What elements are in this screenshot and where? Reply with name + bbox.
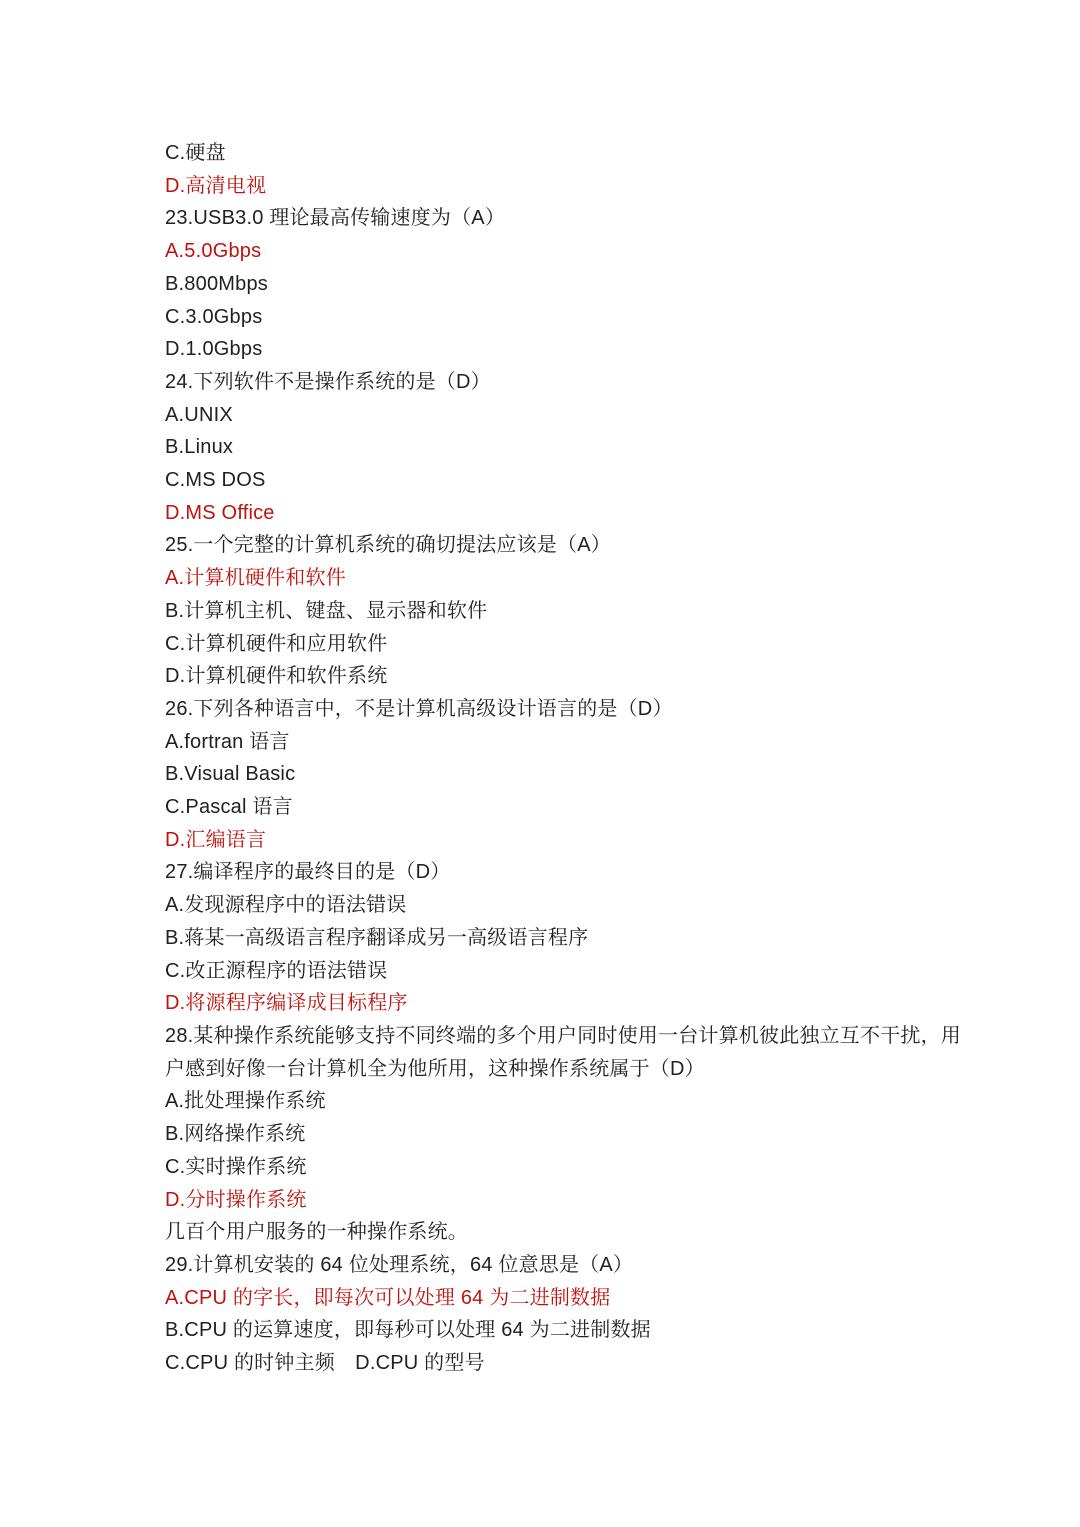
text-line: 23.USB3.0 理论最高传输速度为（A） xyxy=(165,202,1050,235)
text-line: B.800Mbps xyxy=(165,268,1050,301)
text-line: 户感到好像一台计算机全为他所用，这种操作系统属于（D） xyxy=(165,1053,1050,1086)
text-line: C.MS DOS xyxy=(165,464,1050,497)
text-line: A.发现源程序中的语法错误 xyxy=(165,889,1050,922)
answer-line-highlighted: D.分时操作系统 xyxy=(165,1184,1050,1217)
text-line: B.蒋某一高级语言程序翻译成另一高级语言程序 xyxy=(165,922,1050,955)
text-line: C.3.0Gbps xyxy=(165,301,1050,334)
text-line: 25.一个完整的计算机系统的确切提法应该是（A） xyxy=(165,529,1050,562)
text-line: 几百个用户服务的一种操作系统。 xyxy=(165,1216,1050,1249)
text-line: C.Pascal 语言 xyxy=(165,791,1050,824)
answer-line-highlighted: D.将源程序编译成目标程序 xyxy=(165,987,1050,1020)
text-line: C.计算机硬件和应用软件 xyxy=(165,628,1050,661)
text-line: B.网络操作系统 xyxy=(165,1118,1050,1151)
text-line: B.计算机主机、键盘、显示器和软件 xyxy=(165,595,1050,628)
text-line: D.计算机硬件和软件系统 xyxy=(165,660,1050,693)
text-line: B.Visual Basic xyxy=(165,758,1050,791)
answer-line-highlighted: A.CPU 的字长，即每次可以处理 64 为二进制数据 xyxy=(165,1282,1050,1315)
answer-line-highlighted: A.5.0Gbps xyxy=(165,235,1050,268)
text-line: C.改正源程序的语法错误 xyxy=(165,955,1050,988)
text-line: 27.编译程序的最终目的是（D） xyxy=(165,856,1050,889)
text-line: B.CPU 的运算速度，即每秒可以处理 64 为二进制数据 xyxy=(165,1314,1050,1347)
text-line: C.实时操作系统 xyxy=(165,1151,1050,1184)
answer-line-highlighted: D.MS Office xyxy=(165,497,1050,530)
text-line: C.硬盘 xyxy=(165,137,1050,170)
text-line: 28.某种操作系统能够支持不同终端的多个用户同时使用一台计算机彼此独立互不干扰，… xyxy=(165,1020,1050,1053)
answer-line-highlighted: D.高清电视 xyxy=(165,170,1050,203)
text-line: 29.计算机安装的 64 位处理系统，64 位意思是（A） xyxy=(165,1249,1050,1282)
text-line: A.fortran 语言 xyxy=(165,726,1050,759)
document-page: C.硬盘D.高清电视23.USB3.0 理论最高传输速度为（A）A.5.0Gbp… xyxy=(0,0,1080,1527)
text-line: C.CPU 的时钟主频 D.CPU 的型号 xyxy=(165,1347,1050,1380)
quiz-text-block: C.硬盘D.高清电视23.USB3.0 理论最高传输速度为（A）A.5.0Gbp… xyxy=(165,137,1050,1380)
text-line: A.批处理操作系统 xyxy=(165,1085,1050,1118)
answer-line-highlighted: D.汇编语言 xyxy=(165,824,1050,857)
answer-line-highlighted: A.计算机硬件和软件 xyxy=(165,562,1050,595)
text-line: B.Linux xyxy=(165,431,1050,464)
text-line: 24.下列软件不是操作系统的是（D） xyxy=(165,366,1050,399)
text-line: A.UNIX xyxy=(165,399,1050,432)
text-line: 26.下列各种语言中，不是计算机高级设计语言的是（D） xyxy=(165,693,1050,726)
text-line: D.1.0Gbps xyxy=(165,333,1050,366)
